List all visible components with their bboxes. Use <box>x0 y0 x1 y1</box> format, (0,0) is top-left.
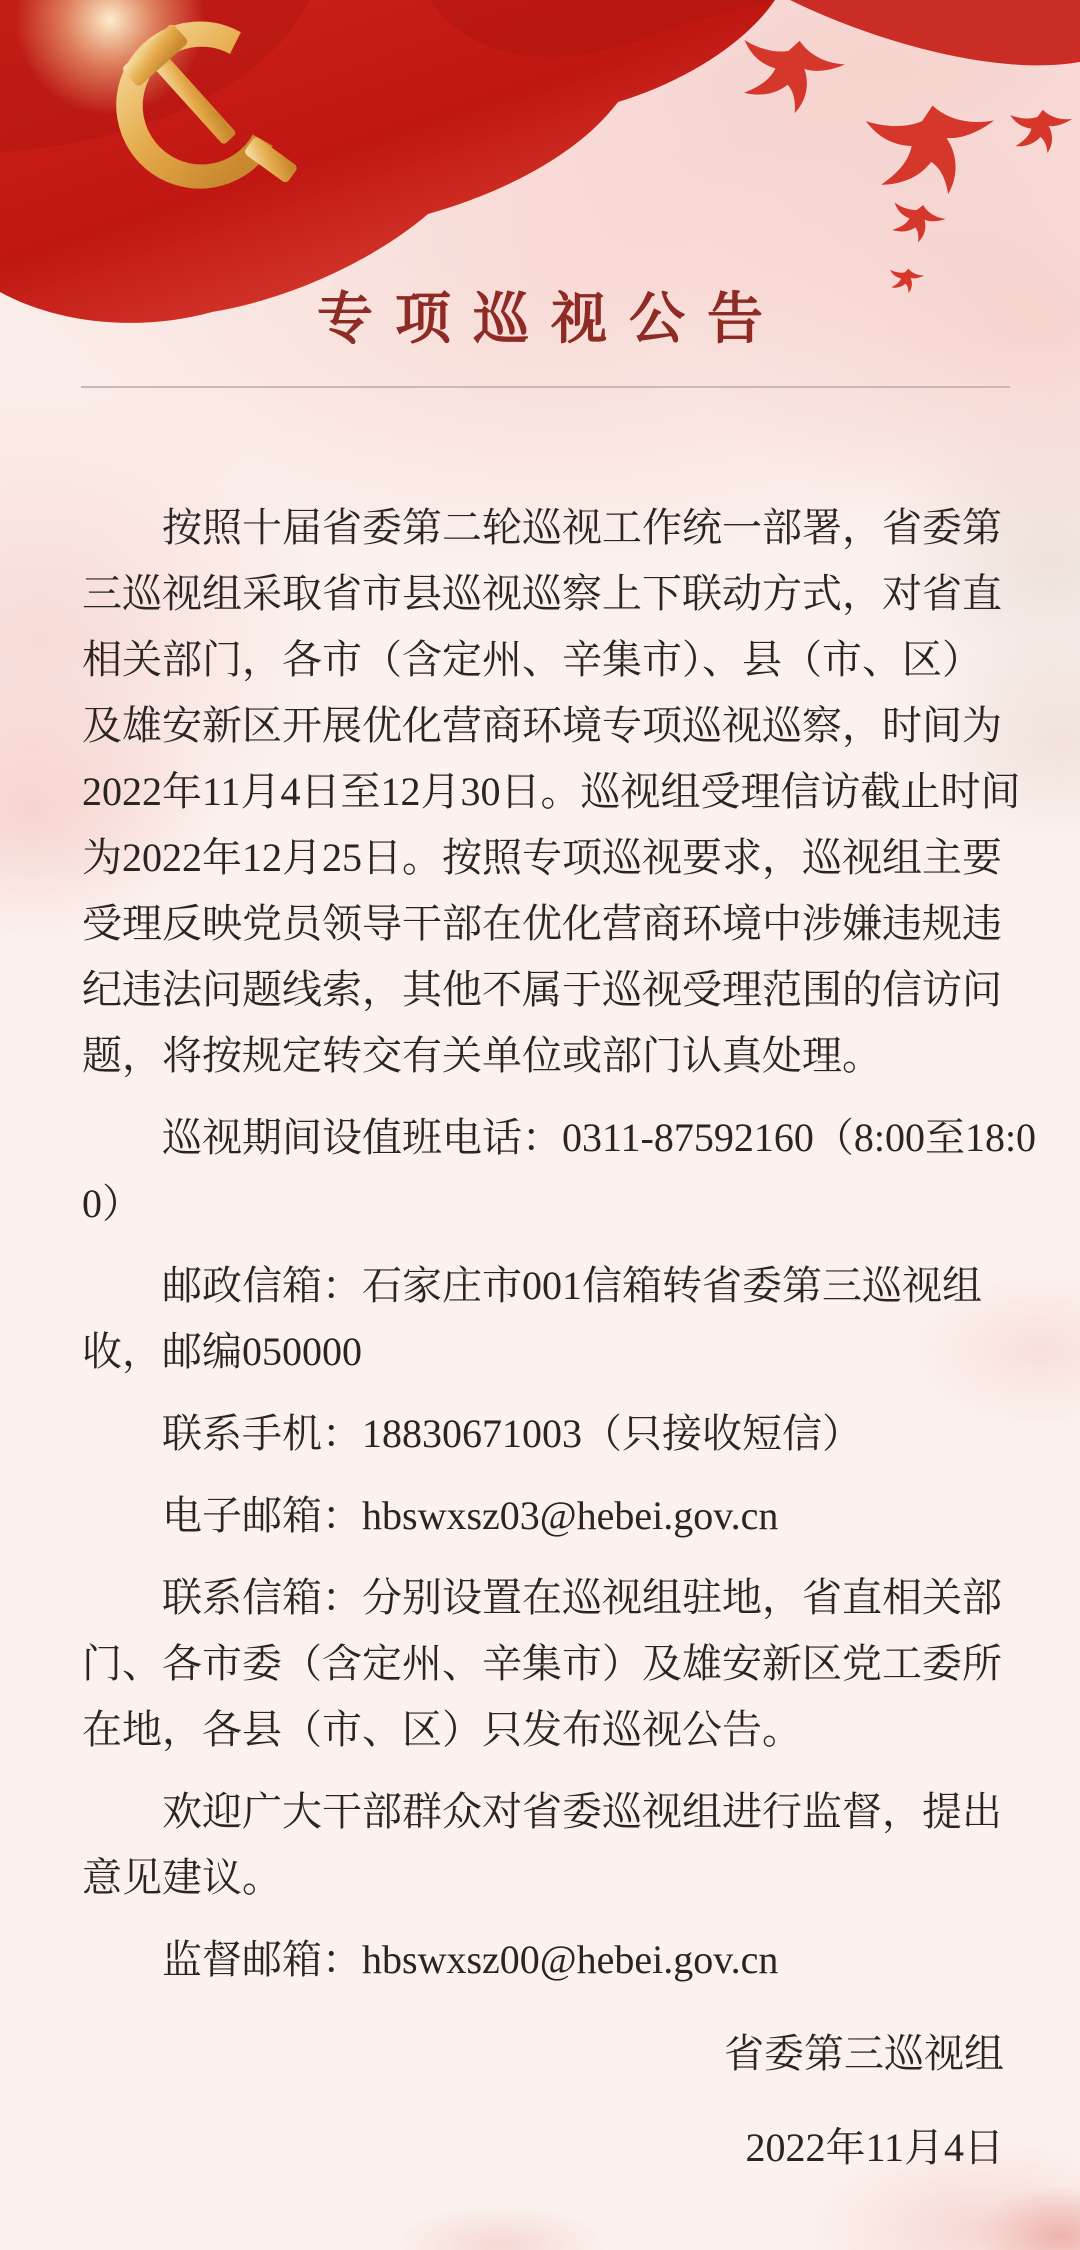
announcement-body: 按照十届省委第二轮巡视工作统一部署，省委第三巡视组采取省市县巡视巡察上下联动方式… <box>82 495 1012 1993</box>
paragraph: 联系信箱：分别设置在巡视组驻地，省直相关部门、各市委（含定州、辛集市）及雄安新区… <box>82 1565 1012 1763</box>
text-line: 电子邮箱：hbswxsz03@hebei.gov.cn <box>82 1483 1012 1549</box>
title-divider <box>81 386 1010 388</box>
paragraph: 欢迎广大干部群众对省委巡视组进行监督，提出意见建议。 <box>82 1779 1012 1911</box>
text-line: 0） <box>82 1171 1012 1237</box>
text-line: 欢迎广大干部群众对省委巡视组进行监督，提出 <box>82 1779 1012 1845</box>
text-line: 题，将按规定转交有关单位或部门认真处理。 <box>82 1023 1012 1089</box>
announcement-page: 专项巡视公告 按照十届省委第二轮巡视工作统一部署，省委第三巡视组采取省市县巡视巡… <box>0 0 1080 2250</box>
signature-date: 2022年11月4日 <box>724 2112 1004 2184</box>
flag-corner <box>790 0 1080 65</box>
signature-org: 省委第三巡视组 <box>724 2018 1004 2090</box>
paragraph: 监督邮箱：hbswxsz00@hebei.gov.cn <box>82 1927 1012 1993</box>
paragraph: 邮政信箱：石家庄市001信箱转省委第三巡视组收，邮编050000 <box>82 1253 1012 1385</box>
dove-icon <box>737 35 847 118</box>
text-line: 受理反映党员领导干部在优化营商环境中涉嫌违规违 <box>82 891 1012 957</box>
flag-fold-shadow <box>430 0 775 57</box>
page-title: 专项巡视公告 <box>0 288 1080 352</box>
text-line: 相关部门，各市（含定州、辛集市）、县（市、区） <box>82 627 1012 693</box>
text-line: 及雄安新区开展优化营商环境专项巡视巡察，时间为 <box>82 693 1012 759</box>
text-line: 监督邮箱：hbswxsz00@hebei.gov.cn <box>82 1927 1012 1993</box>
flag-fold-shadow <box>0 0 310 152</box>
text-line: 联系手机：18830671003（只接收短信） <box>82 1401 1012 1467</box>
signature-block: 省委第三巡视组 2022年11月4日 <box>724 2018 1004 2184</box>
text-line: 按照十届省委第二轮巡视工作统一部署，省委第 <box>82 495 1012 561</box>
text-line: 意见建议。 <box>82 1845 1012 1911</box>
text-line: 门、各市委（含定州、辛集市）及雄安新区党工委所 <box>82 1631 1012 1697</box>
text-line: 三巡视组采取省市县巡视巡察上下联动方式，对省直 <box>82 561 1012 627</box>
light-flare <box>15 0 205 115</box>
party-emblem-icon <box>100 3 301 215</box>
text-line: 收，邮编050000 <box>82 1319 1012 1385</box>
party-flag <box>0 0 775 323</box>
text-line: 为2022年12月25日。按照专项巡视要求，巡视组主要 <box>82 825 1012 891</box>
text-line: 纪违法问题线索，其他不属于巡视受理范围的信访问 <box>82 957 1012 1023</box>
paragraph: 电子邮箱：hbswxsz03@hebei.gov.cn <box>82 1483 1012 1549</box>
dove-icon <box>865 97 1003 204</box>
paragraph: 按照十届省委第二轮巡视工作统一部署，省委第三巡视组采取省市县巡视巡察上下联动方式… <box>82 495 1012 1089</box>
paragraph: 巡视期间设值班电话：0311-87592160（8:00至18:00） <box>82 1105 1012 1237</box>
dove-icon <box>1010 108 1074 156</box>
text-line: 2022年11月4日至12月30日。巡视组受理信访截止时间 <box>82 759 1012 825</box>
paragraph: 联系手机：18830671003（只接收短信） <box>82 1401 1012 1467</box>
text-line: 邮政信箱：石家庄市001信箱转省委第三巡视组 <box>82 1253 1012 1319</box>
text-line: 联系信箱：分别设置在巡视组驻地，省直相关部 <box>82 1565 1012 1631</box>
text-line: 巡视期间设值班电话：0311-87592160（8:00至18:0 <box>82 1105 1012 1171</box>
dove-icon <box>888 200 947 246</box>
text-line: 在地，各县（市、区）只发布巡视公告。 <box>82 1697 1012 1763</box>
